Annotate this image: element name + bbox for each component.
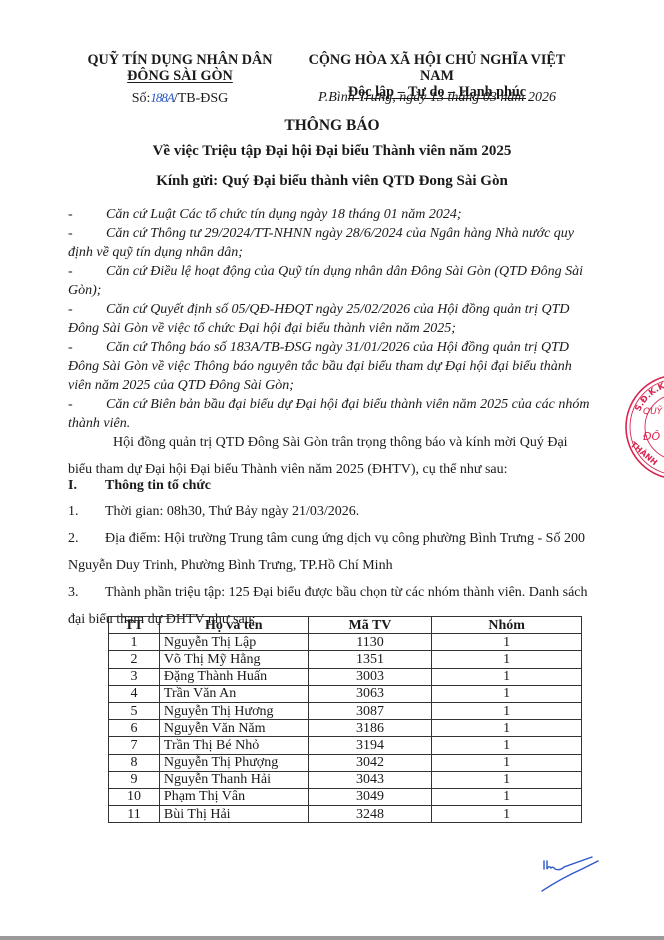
- handwritten-number: 188A: [150, 90, 173, 105]
- cell-name: Nguyễn Văn Năm: [159, 720, 308, 737]
- cell-tt: 7: [109, 737, 160, 754]
- cell-group: 1: [432, 737, 582, 754]
- legal-basis-item: -Căn cứ Quyết định số 05/QĐ-HĐQT ngày 25…: [68, 300, 594, 338]
- cell-group: 1: [432, 702, 582, 719]
- cell-group: 1: [432, 771, 582, 788]
- cell-member-code: 3043: [308, 771, 432, 788]
- col-header-name: Họ và tên: [159, 617, 308, 634]
- cell-tt: 1: [109, 634, 160, 651]
- cell-tt: 9: [109, 771, 160, 788]
- col-header-member-code: Mã TV: [308, 617, 432, 634]
- cell-tt: 11: [109, 806, 160, 823]
- cell-member-code: 1130: [308, 634, 432, 651]
- issuer-name-line1: QUỸ TÍN DỤNG NHÂN DÂN: [82, 52, 278, 68]
- place-date: P.Bình Trưng, ngày 13 tháng 03 năm 2026: [292, 90, 582, 106]
- cell-member-code: 3248: [308, 806, 432, 823]
- document-number: Số:188A/TB-ĐSG: [82, 90, 278, 107]
- legal-basis-item: -Căn cứ Luật Các tổ chức tín dụng ngày 1…: [68, 205, 594, 224]
- cell-tt: 2: [109, 651, 160, 668]
- legal-basis-item: -Căn cứ Biên bản bầu đại biểu dự Đại hội…: [68, 395, 594, 433]
- table-row: 9Nguyễn Thanh Hải30431: [109, 771, 582, 788]
- table-row: 11Bùi Thị Hải32481: [109, 806, 582, 823]
- cell-name: Võ Thị Mỹ Hằng: [159, 651, 308, 668]
- table-header-row: TT Họ và tên Mã TV Nhóm: [109, 617, 582, 634]
- official-seal-icon: S.Đ.K.K.D: 0 QUỸ ĐÔ THÀNH: [623, 372, 664, 482]
- cell-member-code: 3186: [308, 720, 432, 737]
- cell-tt: 8: [109, 754, 160, 771]
- cell-member-code: 3049: [308, 788, 432, 805]
- info-item-venue: 2.Địa điểm: Hội trường Trung tâm cung ứn…: [68, 525, 594, 579]
- table-row: 1Nguyễn Thị Lập11301: [109, 634, 582, 651]
- cell-group: 1: [432, 806, 582, 823]
- cell-group: 1: [432, 720, 582, 737]
- col-header-tt: TT: [109, 617, 160, 634]
- svg-text:QUỸ: QUỸ: [643, 406, 664, 417]
- table-row: 3Đặng Thành Huấn30031: [109, 668, 582, 685]
- issuer-name-line2: ĐÔNG SÀI GÒN: [82, 68, 278, 84]
- cell-name: Trần Thị Bé Nhỏ: [159, 737, 308, 754]
- cell-member-code: 3063: [308, 685, 432, 702]
- cell-name: Nguyễn Thị Lập: [159, 634, 308, 651]
- cell-group: 1: [432, 634, 582, 651]
- document-page: QUỸ TÍN DỤNG NHÂN DÂN ĐÔNG SÀI GÒN Số:18…: [0, 0, 664, 940]
- legal-basis-item: -Căn cứ Điều lệ hoạt động của Quỹ tín dụ…: [68, 262, 594, 300]
- legal-basis-item: -Căn cứ Thông báo số 183A/TB-ĐSG ngày 31…: [68, 338, 594, 395]
- table-row: 7Trần Thị Bé Nhỏ31941: [109, 737, 582, 754]
- table-row: 10Phạm Thị Vân30491: [109, 788, 582, 805]
- cell-tt: 4: [109, 685, 160, 702]
- cell-tt: 10: [109, 788, 160, 805]
- cell-name: Nguyễn Thị Phượng: [159, 754, 308, 771]
- cell-group: 1: [432, 754, 582, 771]
- cell-member-code: 3087: [308, 702, 432, 719]
- cell-member-code: 3194: [308, 737, 432, 754]
- cell-name: Nguyễn Thanh Hải: [159, 771, 308, 788]
- cell-group: 1: [432, 668, 582, 685]
- issuer-block: QUỸ TÍN DỤNG NHÂN DÂN ĐÔNG SÀI GÒN: [82, 52, 278, 84]
- cell-tt: 3: [109, 668, 160, 685]
- document-subject: Về việc Triệu tập Đại hội Đại biểu Thành…: [0, 143, 664, 160]
- cell-name: Bùi Thị Hải: [159, 806, 308, 823]
- cell-name: Đặng Thành Huấn: [159, 668, 308, 685]
- cell-member-code: 1351: [308, 651, 432, 668]
- col-header-group: Nhóm: [432, 617, 582, 634]
- nation-name: CỘNG HÒA XÃ HỘI CHỦ NGHĨA VIỆT NAM: [292, 52, 582, 84]
- document-title: THÔNG BÁO: [0, 117, 664, 135]
- legal-basis-item: -Căn cứ Thông tư 29/2024/TT-NHNN ngày 28…: [68, 224, 594, 262]
- cell-group: 1: [432, 651, 582, 668]
- cell-member-code: 3042: [308, 754, 432, 771]
- cell-name: Phạm Thị Vân: [159, 788, 308, 805]
- cell-group: 1: [432, 788, 582, 805]
- signature-icon: [540, 853, 610, 899]
- info-item-time: 1.Thời gian: 08h30, Thứ Bảy ngày 21/03/2…: [68, 498, 594, 525]
- scan-edge: [0, 936, 664, 940]
- section-heading: I.Thông tin tổ chức: [68, 478, 211, 494]
- delegate-table: TT Họ và tên Mã TV Nhóm 1Nguyễn Thị Lập1…: [108, 616, 582, 823]
- table-row: 4Trần Văn An30631: [109, 685, 582, 702]
- cell-tt: 6: [109, 720, 160, 737]
- cell-group: 1: [432, 685, 582, 702]
- cell-name: Trần Văn An: [159, 685, 308, 702]
- cell-name: Nguyễn Thị Hương: [159, 702, 308, 719]
- cell-member-code: 3003: [308, 668, 432, 685]
- intro-paragraph: Hội đồng quản trị QTD Đông Sài Gòn trân …: [68, 429, 594, 483]
- legal-basis-list: -Căn cứ Luật Các tổ chức tín dụng ngày 1…: [68, 205, 594, 433]
- table-row: 8Nguyễn Thị Phượng30421: [109, 754, 582, 771]
- table-row: 6Nguyễn Văn Năm31861: [109, 720, 582, 737]
- cell-tt: 5: [109, 702, 160, 719]
- table-row: 2Võ Thị Mỹ Hằng13511: [109, 651, 582, 668]
- table-row: 5Nguyễn Thị Hương30871: [109, 702, 582, 719]
- recipient-line: Kính gửi: Quý Đại biểu thành viên QTD Đo…: [0, 173, 664, 190]
- svg-text:ĐÔ: ĐÔ: [643, 430, 661, 443]
